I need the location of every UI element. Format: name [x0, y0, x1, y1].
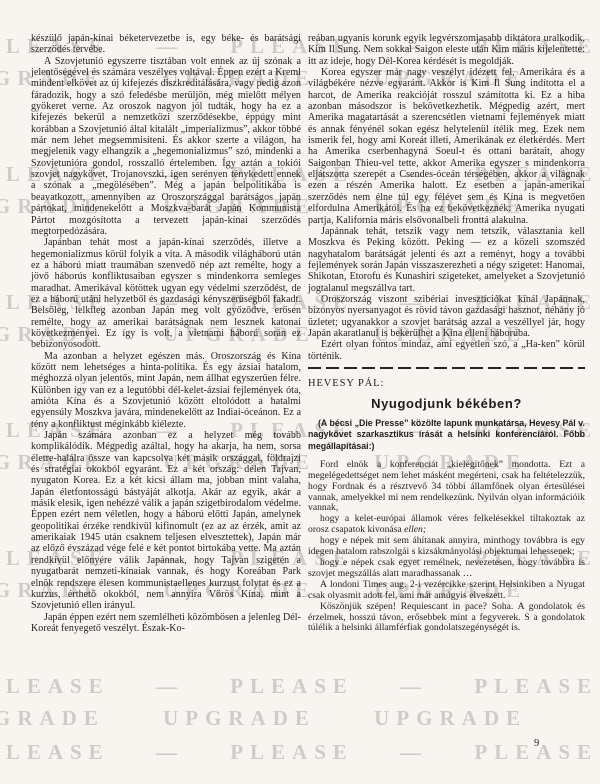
paragraph: Ma azonban a helyzet egészen más. Oroszo…: [31, 351, 301, 430]
paragraph: reában ugyanis korunk egyik legvérszomja…: [308, 33, 585, 67]
paragraph: A Szovjetunió egyszerre tisztában volt e…: [31, 56, 301, 238]
paragraph: készülő japán-kínai béketervezetbe is, e…: [31, 33, 301, 56]
article-body: Ford elnök a konferenciát „kielégítőnek”…: [308, 460, 585, 635]
paragraph: hogy a kelet-európai államok véres felke…: [308, 514, 585, 536]
page-number: 9: [534, 738, 539, 749]
article-divider: [308, 367, 585, 369]
paragraph: A londoni Times aug. 2-i vezércikke szer…: [308, 580, 585, 602]
paragraph: Korea egyszer már nagy veszélyt idézett …: [308, 67, 585, 226]
article-author: HEVESY PÁL:: [308, 378, 585, 389]
paragraph: Ezért olyan fontos mindaz, ami egyetlen …: [308, 339, 585, 362]
paragraph: hogy e népek mit sem áhítanak annyira, m…: [308, 536, 585, 558]
article-lead-wrap: (A bécsi „Die Presse” közölte lapunk mun…: [308, 418, 585, 452]
paragraph: Ford elnök a konferenciát „kielégítőnek”…: [308, 460, 585, 515]
watermark-text: PLEASE — PLEASE — PLEASE: [0, 740, 598, 765]
article-continuation: reában ugyanis korunk egyik legvérszomja…: [308, 33, 585, 362]
paragraph: Japán számára azonban ez a helyzet még t…: [31, 430, 301, 612]
article-lead: (A bécsi „Die Presse” közölte lapunk mun…: [308, 418, 585, 452]
watermark-text: UPGRADE UPGRADE UPGRADE: [0, 706, 527, 731]
magazine-page: PLEASE — PLEASE — PLEASEUPGRADE UPGRADE …: [0, 0, 600, 784]
article-title: Nyugodjunk békében?: [308, 396, 585, 411]
paragraph: hogy e népek csak egyet remélnek, neveze…: [308, 558, 585, 580]
left-column: készülő japán-kínai béketervezetbe is, e…: [31, 33, 301, 634]
watermark-text: PLEASE — PLEASE — PLEASE: [0, 674, 598, 699]
paragraph: Köszönjük szépen! Requiescant in pace? S…: [308, 602, 585, 635]
paragraph: Japánban tehát most a japán-kínai szerző…: [31, 237, 301, 350]
paragraph: Japán éppen ezért nem szemlélheti közömb…: [31, 612, 301, 635]
right-column: reában ugyanis korunk egyik legvérszomja…: [308, 33, 585, 634]
paragraph: Oroszország viszont szibériai invesztíci…: [308, 294, 585, 339]
paragraph: Japánnak tehát, tetszik vagy nem tetszik…: [308, 226, 585, 294]
